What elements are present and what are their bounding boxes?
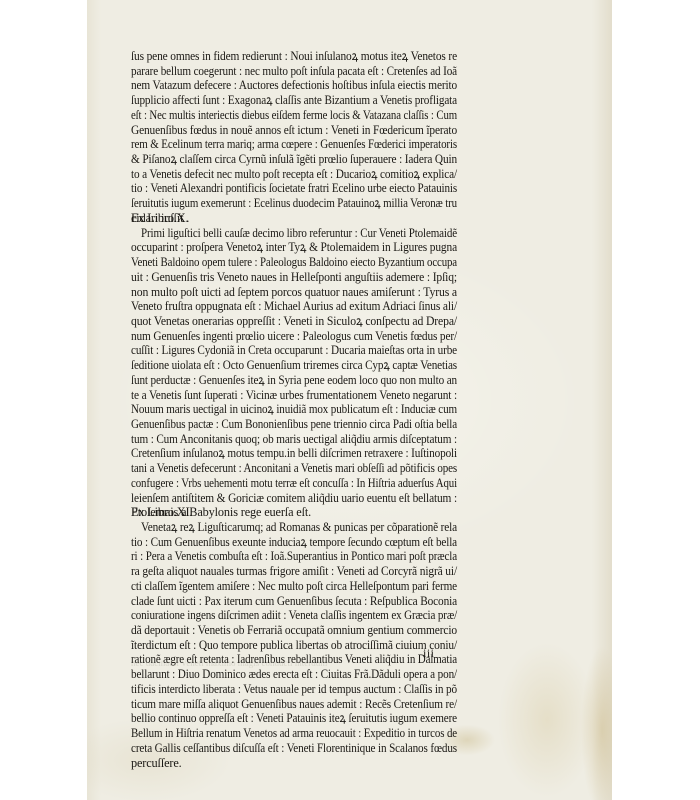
text-line: tio : Veneti Alexandri pontificis ſociet… [131,181,457,196]
text-line: cuſſit : Ligures Cydoniã in Creta occupa… [131,343,457,358]
text-line: nem Vatazum defecere : Auctores defectio… [131,78,457,93]
text-line: clade ſunt uicti : Pax iterum cum Genuen… [131,594,457,609]
text-line: Veneti Baldoino opem tulere : Paleologus… [131,255,457,270]
text-line: leienſem antiſtitem & Goriciæ comitem al… [131,491,457,506]
section-heading-liber-xi: Ex Libro.XI. [131,505,457,520]
text-line: cti claſſem ĩgentem amiſere : Nec multo … [131,579,457,594]
text-line: tani a Venetis defecerunt : Anconitani a… [131,461,457,476]
text-line: Genuenſibus pactæ : Cum Bononienſibus pe… [131,417,457,432]
text-line: Nouum maris uectigal in uicinoꝝ inuidiã … [131,402,457,417]
text-line: ticum mare miſſa aliquot Genuenſibus nau… [131,697,457,712]
text-line: rem & Ecelinum terra mariq; arma cœpere … [131,137,457,152]
text-line: quot Venetas onerarias oppreſſit : Venet… [131,314,457,329]
text-line: num Genuenſes ingenti prœlio uicere : Pa… [131,329,457,344]
text-line: ſeruitutis iugum exemerunt : Ecelinus du… [131,196,457,211]
text-line: Cretenſium inſulanoꝝ motus tempu.in bell… [131,446,457,461]
text-line-final: percuſſere. [131,756,457,771]
text-line: & Piſanoꝝ claſſem circa Cyrnũ inſulã ĩgẽ… [131,152,457,167]
text-line: ſunt perductæ : Genuenſes iteꝝ in Syria … [131,373,457,388]
text-line: tum : Cum Anconitanis quoq; ob maris uec… [131,432,457,447]
section-heading-liber-x: Ex Libro.X. [131,211,457,226]
text-line: uit : Genuenſis tris Veneto naues in Hel… [131,270,457,285]
text-line: te a Venetis ſunt ſuperati : Vicinæ urbe… [131,388,457,403]
manuscript-page: ſus pene omnes in fidem redierunt : Noui… [87,0,612,800]
text-line-paragraph-start: Primi liguſtici belli cauſæ decimo libro… [131,226,457,241]
text-line: coniuratione ingens diſcrimen adiit : Ve… [131,608,457,623]
text-line: Bellum in Hiſtria renatum Venetos ad arm… [131,726,457,741]
text-line: occuparint : proſpera Venetoꝝ inter Tyꝝ … [131,240,457,255]
text-line: tio : Cum Genuenſibus exeunte induciaꝝ t… [131,535,457,550]
text-line: bellio continuo oppreſſa eſt : Veneti Pa… [131,711,457,726]
text-line: ri : Pera a Venetis combuſta eſt : Ioã.S… [131,549,457,564]
text-line-with-heading: cidari iuſſit . Ex Libro.X. [131,211,457,226]
text-line-with-heading: Ptolemais a Babylonis rege euerſa eſt. E… [131,505,457,520]
text-line: tificis interdicto liberata : Vetus naua… [131,682,457,697]
text-line: ſupplicio affecti ſunt : Exagonaꝝ claſſi… [131,93,457,108]
show-through-text: nec uacinauit Veneti maximo magis conduc… [131,658,327,668]
page-number: iii [423,646,435,661]
text-line: bellarunt : Diuo Dominico ædes erecta eſ… [131,667,457,682]
text-line: eſt : Nec multis interiectis diebus eiſd… [131,108,457,123]
text-line: dã deportauit : Venetis ob Ferrariã occu… [131,623,457,638]
text-line: ĩterdictum eſt : Quo tempore publica lib… [131,638,457,653]
text-line: Veneto fruſtra oppugnata eſt : Michael A… [131,299,457,314]
text-line: ra geſta aliquot nauales turmas frigore … [131,564,457,579]
text-line: non multo poſt uicti ad ſeptem porcos qu… [131,285,457,300]
text-line: confugere : Vrbs uehementi motu terræ eſ… [131,476,457,491]
text-line: ſus pene omnes in fidem redierunt : Noui… [131,49,457,64]
text-line: Genuenſibus fœdus in nouẽ annos eſt ictu… [131,123,457,138]
text-line: to a Venetis defecit nec multo poſt rece… [131,167,457,182]
text-line: ſeditione uiolata eſt : Octo Genuenſium … [131,358,457,373]
text-line: parare bellum coegerunt : nec multo poſt… [131,64,457,79]
text-line-paragraph-start: Venetaꝝ reꝝ Liguſticarumq; ad Romanas & … [131,520,457,535]
text-line: creta Gallis ceſſantibus diſcuſſa eſt : … [131,741,457,756]
